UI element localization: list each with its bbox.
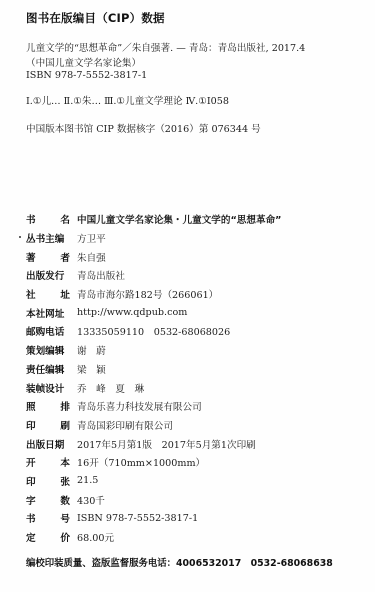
margin-dot [19,236,21,238]
value-responsible-editor: 梁 颖 [77,362,106,376]
label-publish-date: 出版日期 [26,437,77,451]
colophon-row-planning-editor: 策划编辑 谢 蔚 [26,341,366,360]
colophon-row-responsible-editor: 责任编辑 梁 颖 [26,360,366,379]
cip-series-line: （中国儿童文学名家论集） [26,55,141,69]
value-planning-editor: 谢 蔚 [77,343,106,357]
colophon-row-series-editor: 丛书主编 方卫平 [26,229,366,248]
value-printing: 青岛国彩印刷有限公司 [77,418,173,432]
label-price: 定价 [26,530,77,544]
copyright-page: 图书在版编目（CIP）数据 儿童文学的“思想革命”／朱自强著. — 青岛：青岛出… [0,0,375,592]
cip-record-line: 儿童文学的“思想革命”／朱自强著. — 青岛：青岛出版社, 2017.4 [26,40,305,54]
cip-isbn-line: ISBN 978-7-5552-3817-1 [26,70,147,81]
label-mail-order-phone: 邮购电话 [26,324,77,338]
colophon-row-printing: 印刷 青岛国彩印刷有限公司 [26,416,366,435]
value-address: 青岛市海尔路182号（266061） [77,287,218,301]
value-publish-date: 2017年5月第1版 2017年5月第1次印刷 [77,437,256,451]
colophon-row-website: 本社网址 http://www.qdpub.com [26,303,366,322]
colophon-row-price: 定价 68.00元 [26,528,366,547]
value-isbn: ISBN 978-7-5552-3817-1 [77,513,198,524]
cip-classification-line: Ⅰ.①儿… Ⅱ.①朱… Ⅲ.①儿童文学理论 Ⅳ.①I058 [26,93,229,107]
colophon-row-word-count: 字数 430千 [26,490,366,509]
colophon-row-design: 装帧设计 乔 峰 夏 琳 [26,378,366,397]
label-series-editor: 丛书主编 [26,231,77,245]
value-mail-order-phone: 13335059110 0532-68068026 [77,324,230,338]
colophon-row-address: 社址 青岛市海尔路182号（266061） [26,285,366,304]
cip-title: 图书在版编目（CIP）数据 [26,10,165,26]
cip-approval-line: 中国版本图书馆 CIP 数据核字（2016）第 076344 号 [26,121,261,135]
label-design: 装帧设计 [26,381,77,395]
value-author: 朱自强 [77,250,106,264]
label-printing: 印刷 [26,418,77,432]
colophon-row-title: 书名 中国儿童文学名家论集・儿童文学的“思想革命” [26,210,366,229]
label-publisher: 出版发行 [26,268,77,282]
label-title: 书名 [26,212,77,226]
colophon-row-publish-date: 出版日期 2017年5月第1版 2017年5月第1次印刷 [26,434,366,453]
colophon-table: 书名 中国儿童文学名家论集・儿童文学的“思想革命” 丛书主编 方卫平 著者 朱自… [26,210,366,546]
value-series-editor: 方卫平 [77,231,106,245]
value-sheets: 21.5 [77,475,98,486]
value-publisher: 青岛出版社 [77,268,125,282]
value-word-count: 430千 [77,493,105,507]
colophon-row-isbn: 书号 ISBN 978-7-5552-3817-1 [26,509,366,528]
label-planning-editor: 策划编辑 [26,343,77,357]
value-typesetting: 青岛乐喜力科技发展有限公司 [77,399,202,413]
colophon-row-publisher: 出版发行 青岛出版社 [26,266,366,285]
label-author: 著者 [26,250,77,264]
colophon-row-author: 著者 朱自强 [26,247,366,266]
label-responsible-editor: 责任编辑 [26,362,77,376]
value-design: 乔 峰 夏 琳 [77,381,144,395]
colophon-row-typesetting: 照排 青岛乐喜力科技发展有限公司 [26,397,366,416]
label-sheets: 印张 [26,474,77,488]
colophon-row-sheets: 印张 21.5 [26,472,366,491]
label-format: 开本 [26,455,77,469]
label-typesetting: 照排 [26,399,77,413]
colophon-row-mail-order-phone: 邮购电话 13335059110 0532-68068026 [26,322,366,341]
colophon-row-format: 开本 16开（710mm×1000mm） [26,453,366,472]
label-website: 本社网址 [26,306,77,320]
value-format: 16开（710mm×1000mm） [77,455,205,469]
quality-service-hotline: 编校印装质量、盗版监督服务电话：4006532017 0532-68068638 [26,555,333,569]
label-isbn: 书号 [26,511,77,525]
value-title: 中国儿童文学名家论集・儿童文学的“思想革命” [77,212,282,226]
value-website: http://www.qdpub.com [77,307,187,318]
label-word-count: 字数 [26,493,77,507]
value-price: 68.00元 [77,530,114,544]
label-address: 社址 [26,287,77,301]
